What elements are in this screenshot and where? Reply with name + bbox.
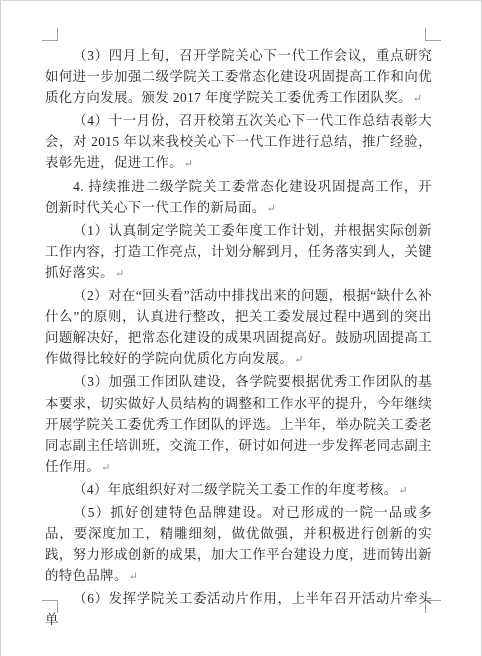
- paragraph: （5）抓好创建特色品牌建设。对已形成的一院一品或多品，要深度加工，精雕细刻，做优…: [45, 502, 432, 588]
- paragraph-mark-icon: ↵: [397, 485, 407, 497]
- paragraph: （6）发挥学院关工委活动片作用，上半年召开活动片牵头单: [45, 588, 432, 630]
- text-body[interactable]: （3）四月上旬，召开学院关心下一代工作会议，重点研究如何进一步加强二级学院关工委…: [45, 45, 432, 631]
- paragraph: 4. 持续推进二级学院关工委常态化建设巩固提高工作，开创新时代关心下一代工作的新…: [45, 176, 432, 220]
- paragraph: （4）年底组织好对二级学院关工委工作的年度考核。↵: [45, 479, 432, 502]
- margin-corner-mark-top-right: [425, 28, 441, 41]
- paragraph-mark-icon: ↵: [183, 158, 193, 170]
- margin-corner-mark-top-left: [42, 28, 58, 41]
- paragraph: （2）对在“回头看”活动中排找出来的问题，根据“缺什么补什么”的原则，认真进行整…: [45, 285, 432, 371]
- paragraph: （1）认真制定学院关工委年度工作计划，并根据实际创新工作内容，打造工作亮点，计划…: [45, 220, 432, 285]
- paragraph: （4）十一月份，召开校第五次关心下一代工作总结表彰大会，对 2015 年以来我校…: [45, 110, 432, 175]
- paragraph-mark-icon: ↵: [100, 462, 110, 474]
- paragraph-mark-icon: ↵: [114, 268, 124, 280]
- paragraph-mark-icon: ↵: [266, 203, 276, 215]
- document-page: （3）四月上旬，召开学院关心下一代工作会议，重点研究如何进一步加强二级学院关工委…: [0, 0, 482, 656]
- paragraph: （3）加强工作团队建设，各学院要根据优秀工作团队的基本要求，切实做好人员结构的调…: [45, 371, 432, 478]
- paragraph: （3）四月上旬，召开学院关心下一代工作会议，重点研究如何进一步加强二级学院关工委…: [45, 45, 432, 110]
- paragraph-mark-icon: ↵: [293, 354, 303, 366]
- paragraph-mark-icon: ↵: [128, 571, 138, 583]
- paragraph-mark-icon: ↵: [412, 93, 422, 105]
